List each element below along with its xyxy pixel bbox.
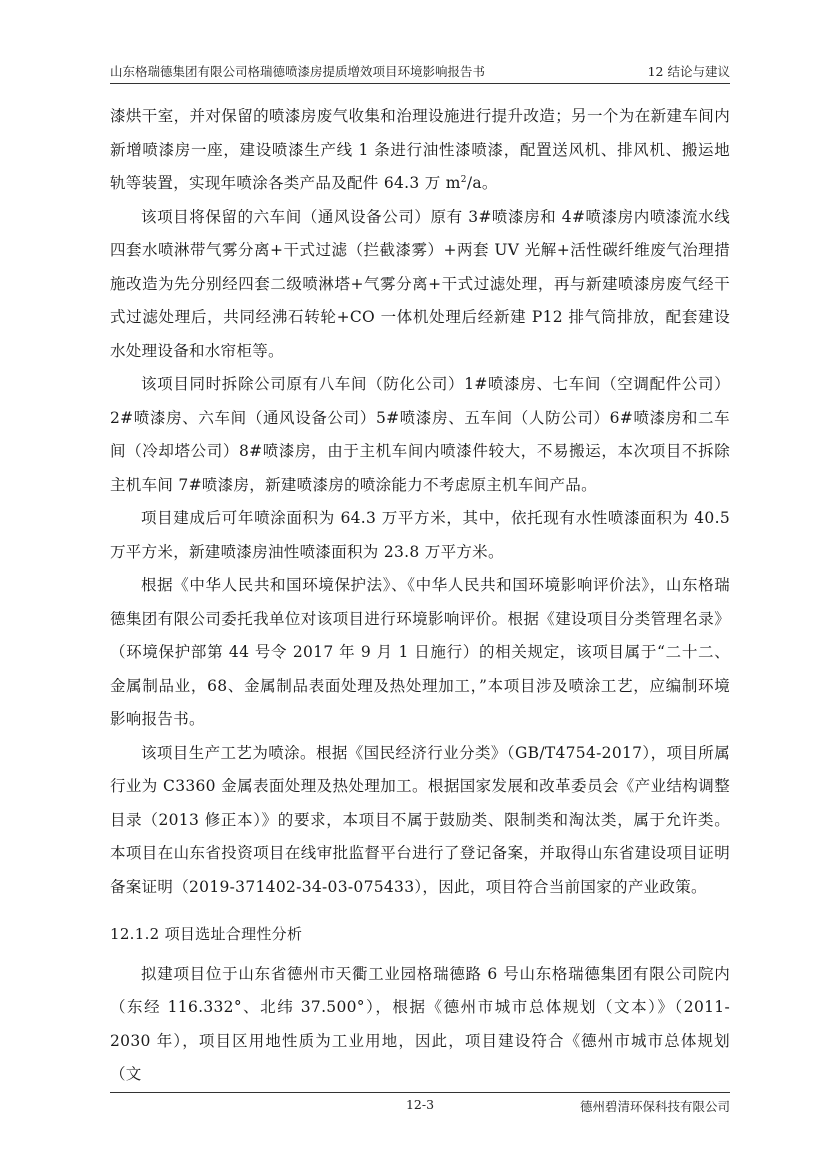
section-heading: 12.1.2 项目选址合理性分析 [110,918,730,952]
page-content: 漆烘干室，并对保留的喷漆房废气收集和治理设施进行提升改造；另一个为在新建车间内新… [110,100,730,1092]
document-title: 山东格瑞德集团有限公司格瑞德喷漆房提质增效项目环境影响报告书 [110,62,485,80]
paragraph-4: 项目建成后可年喷涂面积为 64.3 万平方米，其中，依托现有水性喷漆面积为 40… [110,502,730,569]
paragraph-1: 漆烘干室，并对保留的喷漆房废气收集和治理设施进行提升改造；另一个为在新建车间内新… [110,100,730,201]
footer-company: 德州碧清环保科技有限公司 [580,1097,730,1115]
paragraph-7: 拟建项目位于山东省德州市天衢工业园格瑞德路 6 号山东格瑞德集团有限公司院内（东… [110,958,730,1092]
paragraph-6: 该项目生产工艺为喷涂。根据《国民经济行业分类》（GB/T4754-2017），项… [110,737,730,905]
chapter-title: 12 结论与建议 [648,62,730,80]
paragraph-3: 该项目同时拆除公司原有八车间（防化公司）1#喷漆房、七车间（空调配件公司）2#喷… [110,368,730,502]
page-footer: 12-3 德州碧清环保科技有限公司 [110,1092,730,1117]
paragraph-5: 根据《中华人民共和国环境保护法》、《中华人民共和国环境影响评价法》，山东格瑞德集… [110,569,730,737]
paragraph-2: 该项目将保留的六车间（通风设备公司）原有 3#喷漆房和 4#喷漆房内喷漆流水线四… [110,201,730,369]
page-header: 山东格瑞德集团有限公司格瑞德喷漆房提质增效项目环境影响报告书 12 结论与建议 [110,60,730,84]
